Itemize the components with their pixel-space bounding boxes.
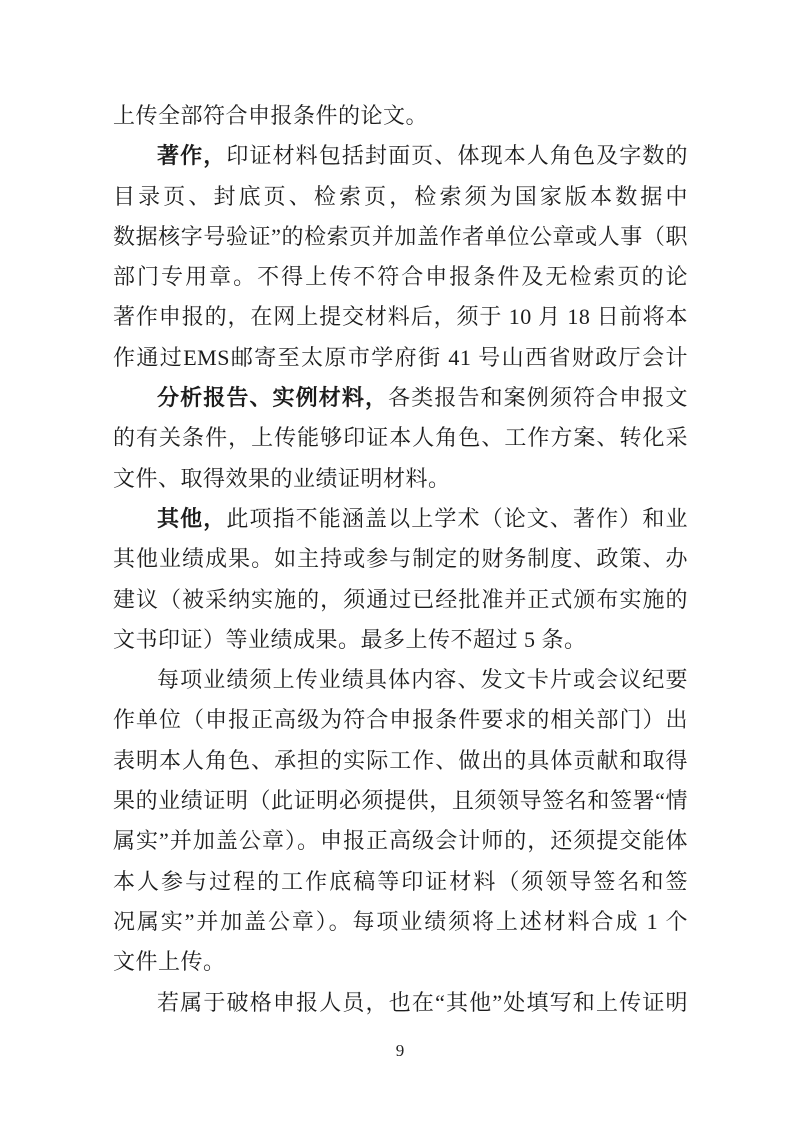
- bold-text-run: 著作，: [157, 143, 226, 168]
- text-run: 本人参与过程的工作底稿等印证材料（须领导签名和签署“情: [113, 869, 688, 902]
- text-run: 每项业绩须上传业绩具体内容、发文卡片或会议纪要及工: [113, 667, 688, 700]
- text-line: 部门专用章。不得上传不符合申报条件及无检索页的论著。以: [113, 257, 688, 297]
- text-line: 的有关条件，上传能够印证本人角色、工作方案、转化采纳的: [113, 418, 688, 458]
- text-line: 若属于破格申报人员，也在“其他”处填写和上传证明材: [113, 983, 688, 1023]
- text-line: 每项业绩须上传业绩具体内容、发文卡片或会议纪要及工: [113, 660, 688, 700]
- document-page: 上传全部符合申报条件的论文。著作，印证材料包括封面页、体现本人角色及字数的内页、…: [0, 0, 800, 1131]
- bold-text-run: 分析报告、实例材料，: [157, 385, 388, 410]
- text-line: 属实”并加盖公章）。申报正高级会计师的，还须提交能体现: [113, 821, 688, 861]
- text-run: 属实”并加盖公章）。申报正高级会计师的，还须提交能体现: [113, 828, 688, 861]
- text-line: 文件上传。: [113, 942, 688, 982]
- text-line: 表明本人角色、承担的实际工作、做出的具体贡献和取得的效: [113, 741, 688, 781]
- page-number: 9: [0, 1040, 800, 1062]
- text-line: 目录页、封底页、检索页，检索须为国家版本数据中心“CIP: [113, 177, 688, 217]
- text-run: 况属实”并加盖公章）。每项业绩须将上述材料合成 1 个 PDF: [113, 909, 688, 942]
- text-line: 数据核字号验证”的检索页并加盖作者单位公章或人事（职称）: [113, 217, 688, 257]
- text-line: 文书印证）等业绩成果。最多上传不超过 5 条。: [113, 620, 688, 660]
- text-run: 数据核字号验证”的检索页并加盖作者单位公章或人事（职称）: [113, 224, 688, 257]
- text-run: 若属于破格申报人员，也在“其他”处填写和上传证明材: [113, 990, 688, 1023]
- text-run: 文书印证）等业绩成果。最多上传不超过 5 条。: [113, 627, 587, 652]
- text-line: 文件、取得效果的业绩证明材料。: [113, 459, 688, 499]
- text-line: 果的业绩证明（此证明必须提供，且须领导签名和签署“情况: [113, 781, 688, 821]
- text-run: 作通过EMS邮寄至太原市学府街 41 号山西省财政厅会计处。: [113, 345, 688, 378]
- text-run: 的有关条件，上传能够印证本人角色、工作方案、转化采纳的: [113, 425, 688, 458]
- text-line: 其他业绩成果。如主持或参与制定的财务制度、政策、办法、: [113, 539, 688, 579]
- text-line: 分析报告、实例材料，各类报告和案例须符合申报文件中: [113, 378, 688, 418]
- text-run: 上传全部符合申报条件的论文。: [113, 103, 428, 128]
- text-run: 果的业绩证明（此证明必须提供，且须领导签名和签署“情况: [113, 788, 688, 821]
- text-run: 部门专用章。不得上传不符合申报条件及无检索页的论著。以: [113, 264, 688, 297]
- text-run: 建议（被采纳实施的，须通过已经批准并正式颁布实施的有效: [113, 587, 688, 620]
- text-run: 作单位（申报正高级为符合申报条件要求的相关部门）出具的: [113, 707, 688, 740]
- text-line: 其他，此项指不能涵盖以上学术（论文、著作）和业绩的: [113, 499, 688, 539]
- text-lines: 上传全部符合申报条件的论文。著作，印证材料包括封面页、体现本人角色及字数的内页、…: [113, 96, 688, 1023]
- text-line: 况属实”并加盖公章）。每项业绩须将上述材料合成 1 个 PDF: [113, 902, 688, 942]
- text-run: 文件、取得效果的业绩证明材料。: [113, 466, 451, 491]
- text-line: 著作，印证材料包括封面页、体现本人角色及字数的内页、: [113, 136, 688, 176]
- text-run: 其他业绩成果。如主持或参与制定的财务制度、政策、办法、: [113, 546, 688, 579]
- text-line: 作通过EMS邮寄至太原市学府街 41 号山西省财政厅会计处。: [113, 338, 688, 378]
- text-line: 著作申报的，在网上提交材料后，须于 10 月 18 日前将本人著: [113, 297, 688, 337]
- text-run: 著作申报的，在网上提交材料后，须于 10 月 18 日前将本人著: [113, 304, 688, 337]
- text-line: 本人参与过程的工作底稿等印证材料（须领导签名和签署“情: [113, 862, 688, 902]
- text-run: 目录页、封底页、检索页，检索须为国家版本数据中心“CIP: [113, 184, 688, 217]
- text-line: 作单位（申报正高级为符合申报条件要求的相关部门）出具的: [113, 700, 688, 740]
- text-line: 建议（被采纳实施的，须通过已经批准并正式颁布实施的有效: [113, 580, 688, 620]
- bold-text-run: 其他，: [157, 506, 226, 531]
- text-run: 表明本人角色、承担的实际工作、做出的具体贡献和取得的效: [113, 748, 688, 781]
- text-line: 上传全部符合申报条件的论文。: [113, 96, 688, 136]
- text-run: 文件上传。: [113, 949, 226, 974]
